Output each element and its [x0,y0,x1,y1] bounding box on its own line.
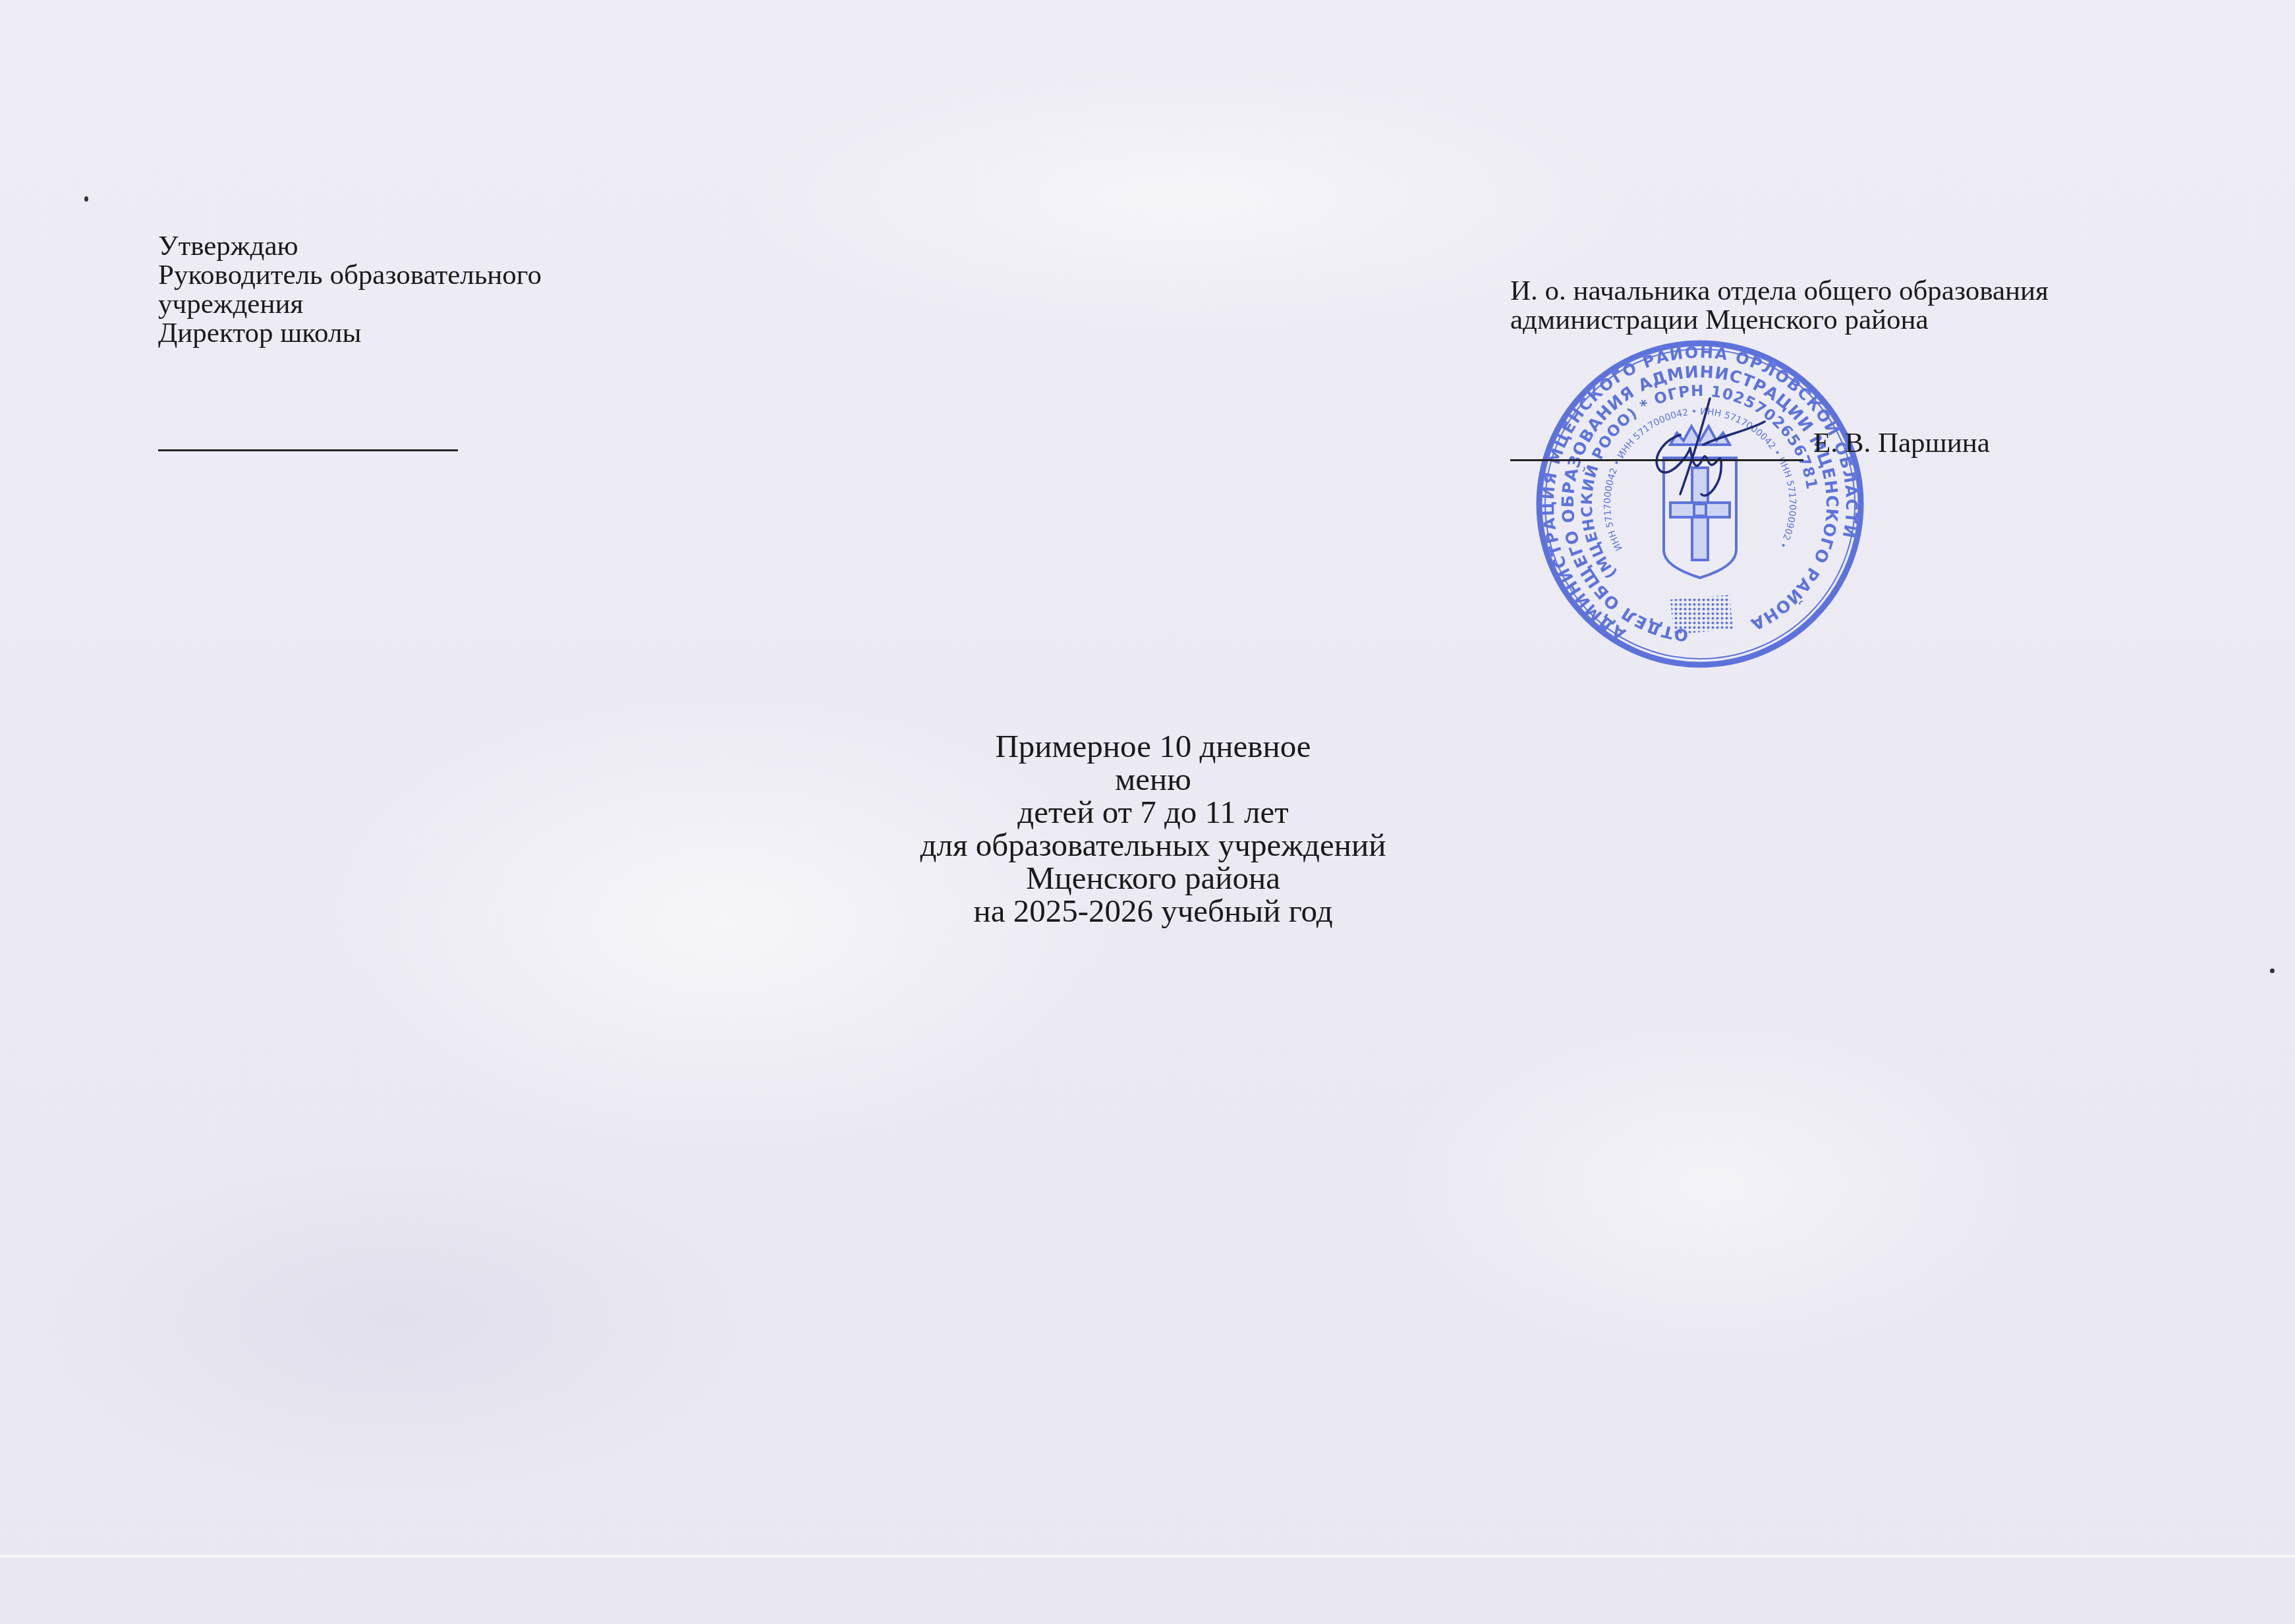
approval-heading: Утверждаю [158,232,542,261]
approver-position-line-1: Руководитель образовательного [158,261,542,290]
scan-speck [2270,968,2275,973]
signature-line-department [1510,459,1803,461]
stamp-halftone-pattern [1670,595,1733,634]
title-line-5: Мценского района [758,862,1548,895]
paper-fold-line [0,1555,2295,1557]
title-line-3: детей от 7 до 11 лет [758,796,1548,829]
handwritten-signature [1641,395,1766,507]
signature-line-school [158,449,458,451]
title-line-1: Примерное 10 дневное [758,730,1548,763]
document-title: Примерное 10 дневное меню детей от 7 до … [758,730,1548,928]
title-line-6: на 2025-2026 учебный год [758,895,1548,928]
approver-position-line-2: учреждения [158,290,542,319]
title-line-4: для образовательных учреждений [758,829,1548,862]
signatory-name: Е. В. Паршина [1813,427,1990,459]
approval-block-school: Утверждаю Руководитель образовательного … [158,232,542,348]
department-position-line-1: И. о. начальника отдела общего образован… [1510,277,2049,306]
department-position-line-2: администрации Мценского района [1510,306,2049,335]
approver-title: Директор школы [158,319,542,348]
title-line-2: меню [758,763,1548,796]
approval-block-department: И. о. начальника отдела общего образован… [1510,277,2049,335]
scan-speck [84,196,88,202]
